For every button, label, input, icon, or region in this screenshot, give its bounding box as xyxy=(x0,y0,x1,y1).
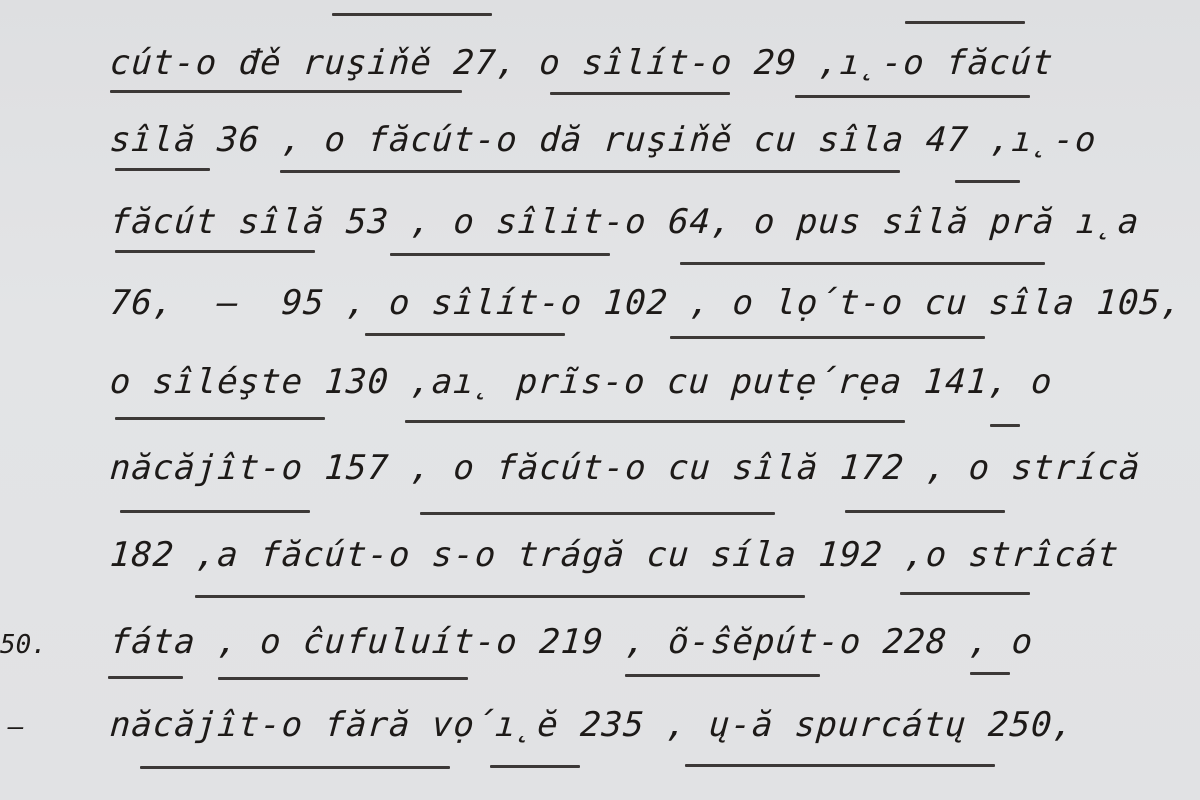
text-line-5: o sîléşte 130 ,aı̨ prĩs-o cu putẹ́rẹa 14… xyxy=(109,362,1054,402)
underline xyxy=(115,168,210,171)
text-line-8: fáta , o ĉufuluít-o 219 , õ-ŝĕpút-o 228 … xyxy=(109,622,1035,662)
underline xyxy=(845,510,1005,513)
underline xyxy=(685,764,995,767)
underline xyxy=(625,674,820,677)
underline xyxy=(900,592,1030,595)
underline xyxy=(115,250,315,253)
document-page: cút-o đě ruşiňě 27, o sîlít-o 29 ,ı̨-o f… xyxy=(0,0,1200,800)
underline xyxy=(280,170,900,173)
underline xyxy=(110,90,462,93)
underline xyxy=(365,333,565,336)
underline xyxy=(140,766,450,769)
text-line-7: 182 ,a făcút-o s-o trágă cu síla 192 ,o … xyxy=(109,535,1121,575)
underline xyxy=(332,13,492,16)
text-line-4: 76, — 95 , o sîlít-o 102 , o lọ́t-o cu s… xyxy=(109,283,1184,323)
underline xyxy=(550,92,730,95)
underline xyxy=(905,21,1025,24)
underline xyxy=(680,262,1045,265)
underline xyxy=(490,765,580,768)
text-line-6: năcăjît-o 157 , o făcút-o cu sîlă 172 , … xyxy=(109,448,1142,488)
underline xyxy=(670,336,985,339)
text-line-3: făcút sîlă 53 , o sîlit-o 64, o pus sîlă… xyxy=(109,202,1141,242)
underline xyxy=(218,677,468,680)
underline xyxy=(955,180,1020,183)
underline xyxy=(115,417,325,420)
underline xyxy=(120,510,310,513)
underline xyxy=(420,512,775,515)
underline xyxy=(990,424,1020,427)
text-line-1: cút-o đě ruşiňě 27, o sîlít-o 29 ,ı̨-o f… xyxy=(109,43,1055,83)
text-line-9: năcăjît-o fără vọ́ı̨ĕ 235 , ų-ă spurcátų… xyxy=(109,705,1076,745)
underline xyxy=(195,595,805,598)
underline xyxy=(795,95,1030,98)
underline xyxy=(970,672,1010,675)
underline xyxy=(405,420,905,423)
underline xyxy=(108,676,183,679)
margin-note-dash: — xyxy=(8,712,24,742)
text-line-2: sîlă 36 , o făcút-o dă ruşiňě cu sîla 47… xyxy=(109,120,1098,160)
margin-note-line-number: 50. xyxy=(0,630,47,660)
underline xyxy=(390,253,610,256)
